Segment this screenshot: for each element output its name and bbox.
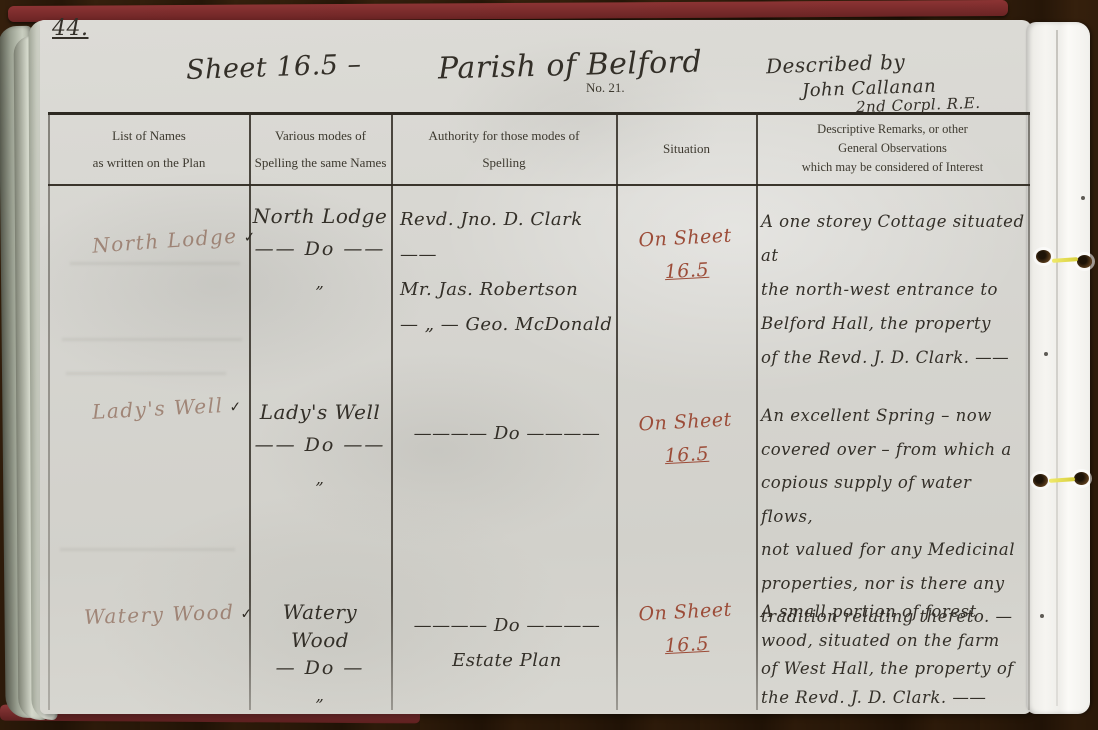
- checkmark: ✓: [229, 399, 243, 416]
- header-situation: Situation: [618, 113, 755, 184]
- header-authority: Authority for those modes ofSpelling: [393, 113, 615, 184]
- row-spelling-modes: Watery Wood— Do —„: [252, 598, 388, 710]
- row-remarks: A small portion of forestwood, situated …: [761, 598, 1029, 712]
- page-fore-edge: [1026, 22, 1090, 714]
- row-remarks: A one storey Cottage situated atthe nort…: [761, 205, 1027, 375]
- bleed-through-line: [60, 548, 235, 551]
- row-authority: Revd. Jno. D. Clark ——Mr. Jas. Robertson…: [400, 202, 614, 342]
- row-spelling-modes: North Lodge—— Do ——„: [252, 200, 388, 299]
- column-divider: [756, 112, 758, 710]
- binding-hole: [1074, 472, 1089, 485]
- row-situation: On Sheet16.5: [618, 403, 753, 476]
- paper-speck: [1081, 196, 1085, 200]
- bleed-through-line: [66, 372, 226, 375]
- paper-speck: [1044, 352, 1048, 356]
- bleed-through-line: [70, 262, 240, 265]
- row-authority: ———— Do ————: [400, 416, 614, 451]
- header-modes-of-spelling: Various modes ofSpelling the same Names: [251, 113, 390, 184]
- table-border-left: [48, 112, 50, 710]
- row-situation: On Sheet16.5: [618, 219, 753, 292]
- paper-speck: [1040, 614, 1044, 618]
- bleed-through-line: [62, 338, 242, 341]
- described-by-label: Described by: [766, 50, 906, 79]
- column-divider: [391, 112, 393, 710]
- binding-hole: [1077, 255, 1092, 268]
- page-number: 44.: [52, 16, 89, 41]
- header-descriptive-remarks: Descriptive Remarks, or otherGeneral Obs…: [758, 113, 1027, 184]
- row-authority: ———— Do ————Estate Plan: [400, 608, 614, 678]
- row-spelling-modes: Lady's Well—— Do ——„: [252, 396, 388, 495]
- binding-hole: [1033, 474, 1048, 487]
- fore-edge-crease: [1056, 30, 1058, 706]
- row-situation: On Sheet16.5: [618, 593, 753, 666]
- sheet-label: Sheet 16.5 –: [186, 49, 362, 86]
- header-list-of-names: List of Namesas written on the Plan: [50, 113, 248, 184]
- scanned-name-book-photo: 44. Sheet 16.5 – No. 21. Parish of Belfo…: [0, 0, 1098, 730]
- binding-hole: [1036, 250, 1051, 263]
- table-header-rule: [48, 184, 1030, 186]
- parish-title: Parish of Belford: [438, 45, 703, 87]
